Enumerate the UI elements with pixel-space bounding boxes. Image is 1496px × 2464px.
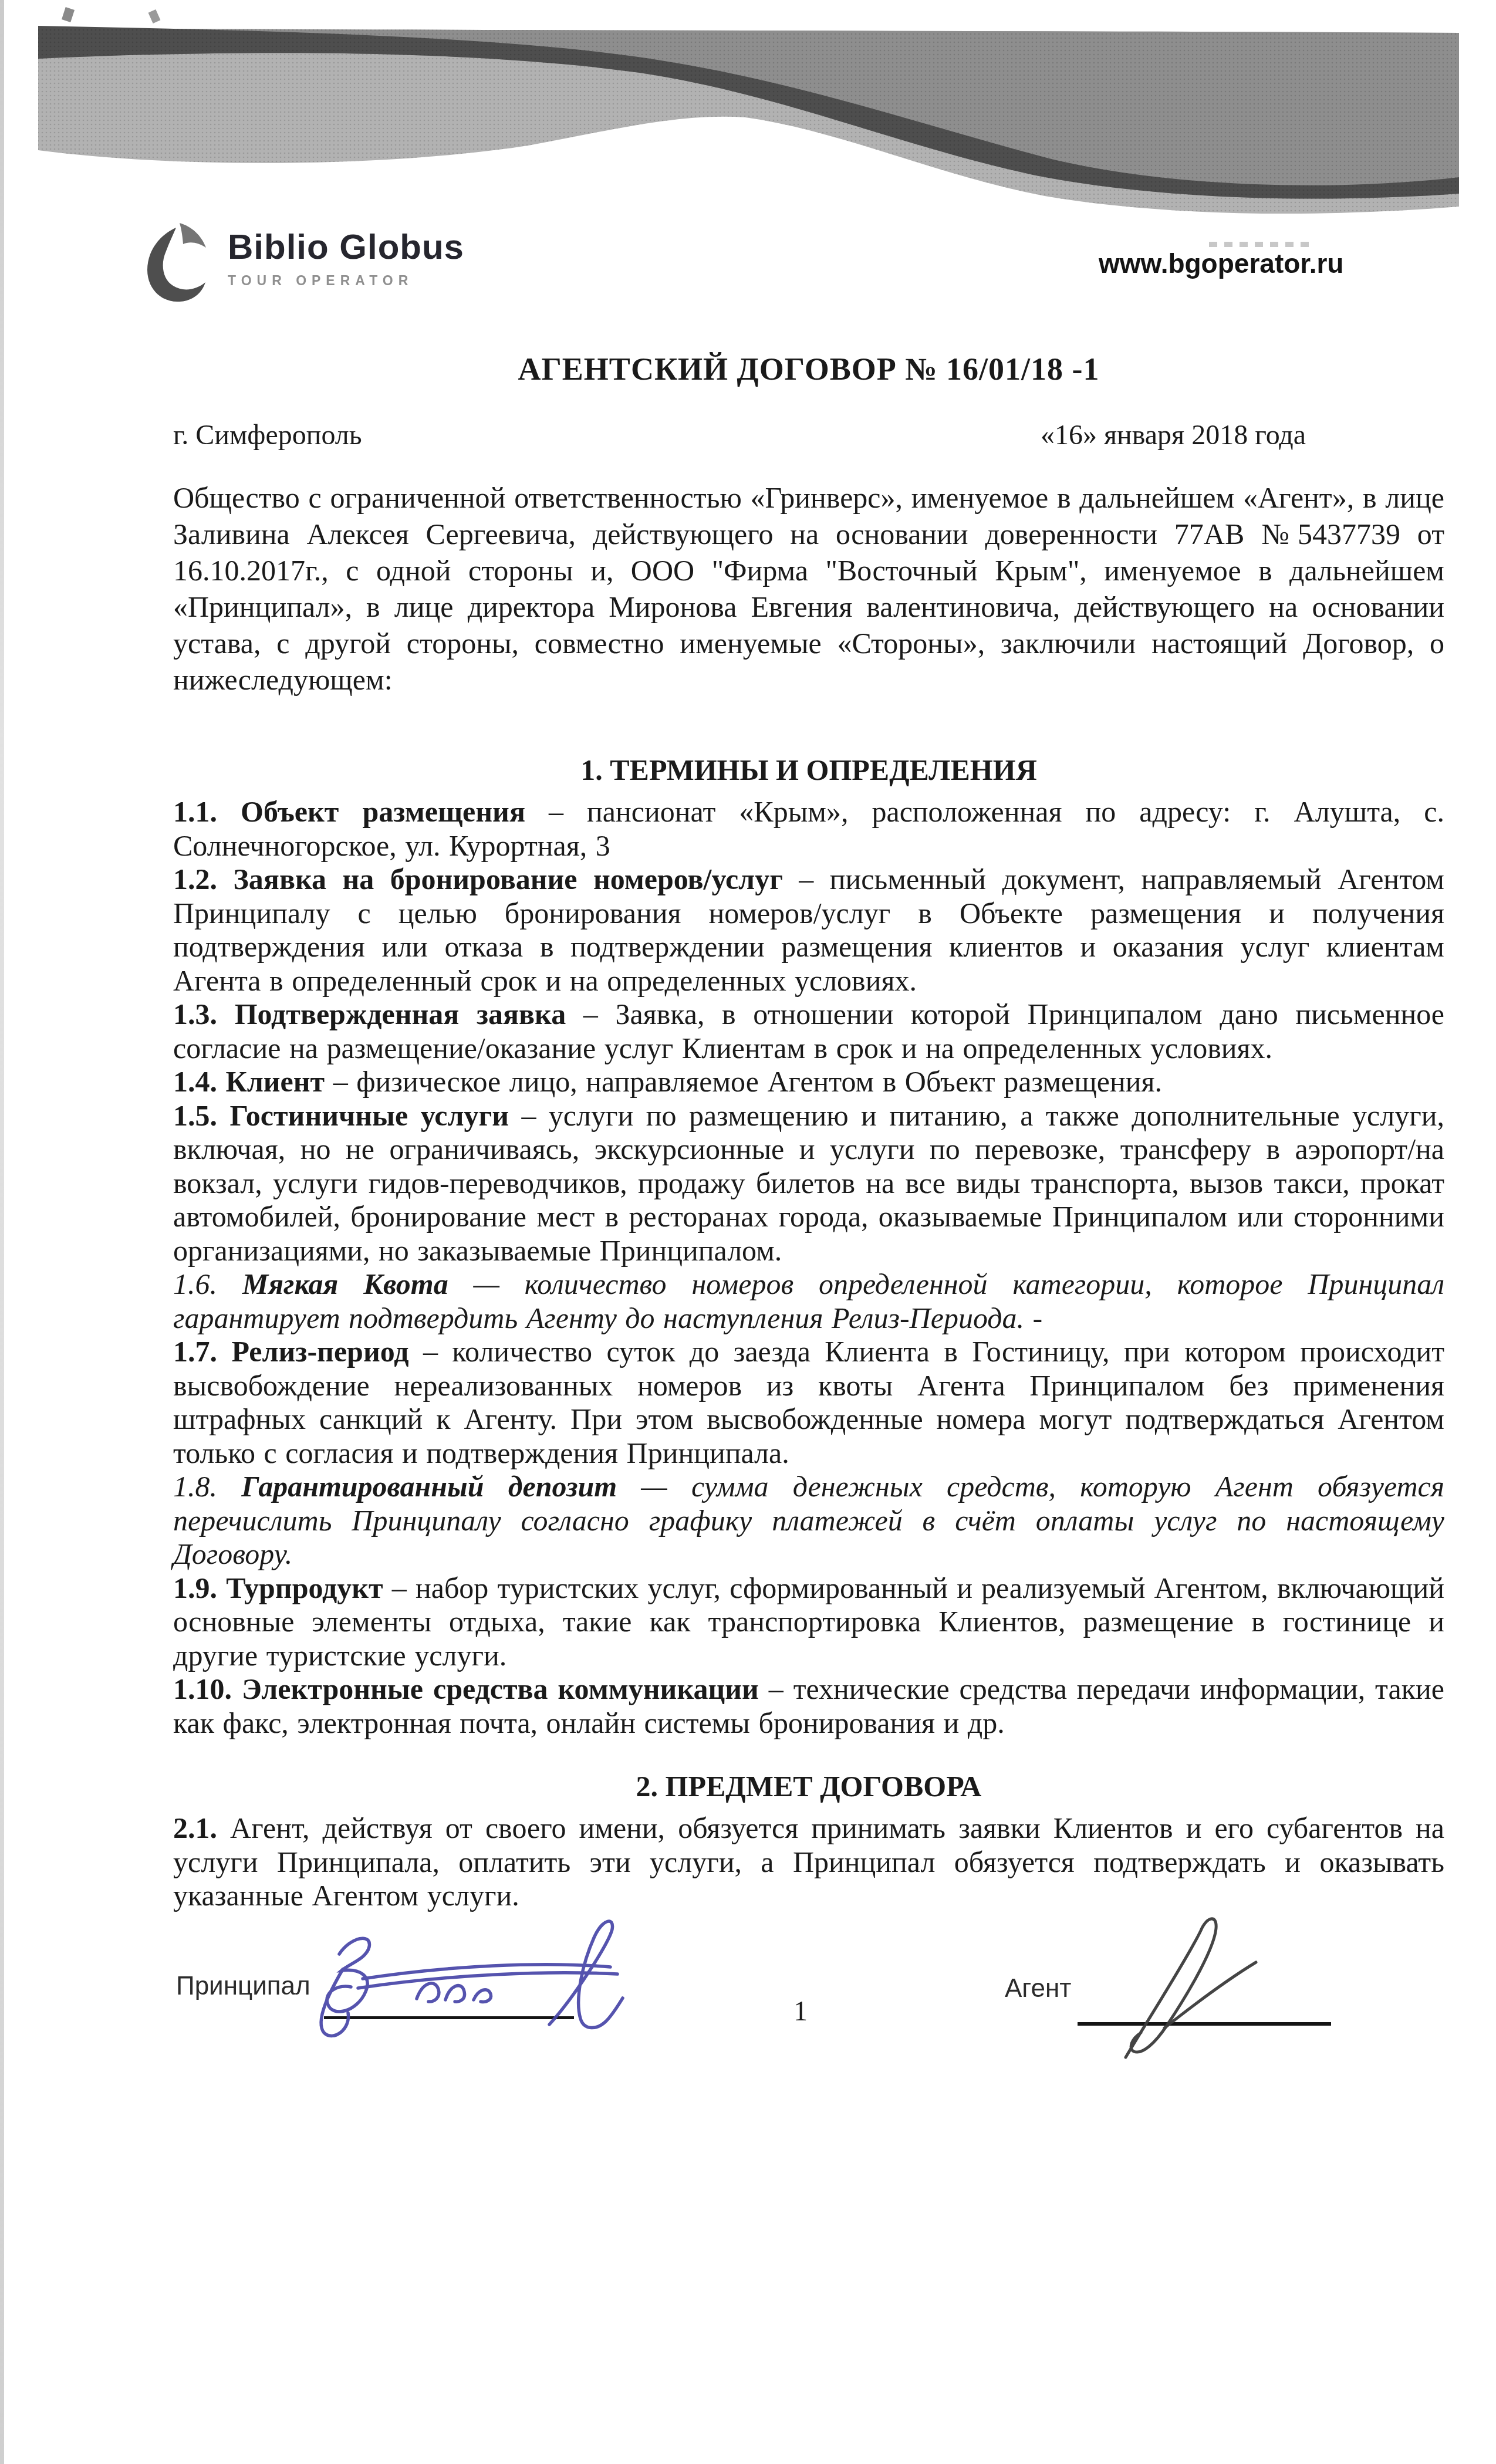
clause-term: Заявка на бронирование номеров/услуг: [233, 863, 799, 895]
brand-tagline: TOUR OPERATOR: [228, 273, 464, 289]
clause-number: 2.1.: [173, 1811, 230, 1844]
contract-title: АГЕНТСКИЙ ДОГОВОР № 16/01/18 -1: [173, 351, 1444, 387]
contract-meta-row: г. Симферополь «16» января 2018 года: [173, 419, 1444, 451]
clause-1-7: 1.7. Релиз-период – количество суток до …: [173, 1335, 1444, 1470]
clause-2-1: 2.1. Агент, действуя от своего имени, об…: [173, 1811, 1444, 1913]
clause-term: Гарантированный депозит: [241, 1470, 641, 1503]
clause-1-9: 1.9. Турпродукт – набор туристских услуг…: [173, 1571, 1444, 1673]
clause-number: 1.1.: [173, 795, 241, 828]
clause-1-4: 1.4. Клиент – физическое лицо, направляе…: [173, 1065, 1444, 1099]
scanned-contract-page: Biblio Globus TOUR OPERATOR www.bgoperat…: [0, 0, 1496, 2464]
clause-number: 1.2.: [173, 863, 233, 895]
clause-term: Клиент: [226, 1065, 333, 1098]
scan-noise-artifact: [1209, 242, 1315, 247]
clause-1-2: 1.2. Заявка на бронирование номеров/услу…: [173, 863, 1444, 998]
brand-name: Biblio Globus: [228, 229, 464, 265]
clause-number: 1.4.: [173, 1065, 226, 1098]
clause-number: 1.10.: [173, 1672, 242, 1705]
contract-body: АГЕНТСКИЙ ДОГОВОР № 16/01/18 -1 г. Симфе…: [173, 351, 1444, 1913]
clause-1-5: 1.5. Гостиничные услуги – услуги по разм…: [173, 1099, 1444, 1268]
clause-number: 1.6.: [173, 1268, 242, 1300]
clause-number: 1.5.: [173, 1099, 229, 1132]
contract-city: г. Симферополь: [173, 419, 362, 451]
principal-label: Принципал: [176, 1972, 310, 2001]
section-heading: 1. ТЕРМИНЫ И ОПРЕДЕЛЕНИЯ: [173, 753, 1444, 787]
contract-preamble: Общество с ограниченной ответственностью…: [173, 479, 1444, 698]
clause-term: Мягкая Квота: [242, 1268, 474, 1300]
clause-1-3: 1.3. Подтвержденная заявка – Заявка, в о…: [173, 998, 1444, 1065]
section-heading: 2. ПРЕДМЕТ ДОГОВОРА: [173, 1769, 1444, 1803]
clause-number: 1.3.: [173, 998, 235, 1030]
clause-1-8: 1.8. Гарантированный депозит — сумма ден…: [173, 1470, 1444, 1571]
clause-number: 1.8.: [173, 1470, 241, 1503]
principal-signature: [293, 1908, 646, 2049]
biblio-globus-logo: Biblio Globus TOUR OPERATOR: [141, 219, 464, 309]
clause-term: Электронные средства коммуникации: [242, 1672, 769, 1705]
agent-label: Агент: [1005, 1974, 1071, 2003]
clause-1-6: 1.6. Мягкая Квота — количество номеров о…: [173, 1268, 1444, 1335]
biblio-globus-logo-icon: [141, 219, 211, 309]
clause-number: 1.7.: [173, 1335, 231, 1368]
contract-date: «16» января 2018 года: [1041, 419, 1306, 451]
header-wave-decoration: [0, 0, 1496, 252]
clause-term: Релиз-период: [231, 1335, 423, 1368]
agent-signature: [1099, 1901, 1275, 2066]
clause-1-1: 1.1. Объект размещения – пансионат «Крым…: [173, 795, 1444, 863]
contract-sections: 1. ТЕРМИНЫ И ОПРЕДЕЛЕНИЯ1.1. Объект разм…: [173, 753, 1444, 1913]
page-number: 1: [793, 1995, 808, 2027]
clause-1-10: 1.10. Электронные средства коммуникации …: [173, 1672, 1444, 1740]
clause-term: Гостиничные услуги: [229, 1099, 521, 1132]
scan-edge-artifact: [0, 0, 4, 2464]
clause-number: 1.9.: [173, 1571, 226, 1604]
clause-term: Объект размещения: [241, 795, 549, 828]
clause-term: Турпродукт: [226, 1571, 392, 1604]
clause-term: Подтвержденная заявка: [235, 998, 583, 1030]
website-url: www.bgoperator.ru: [1099, 248, 1343, 279]
